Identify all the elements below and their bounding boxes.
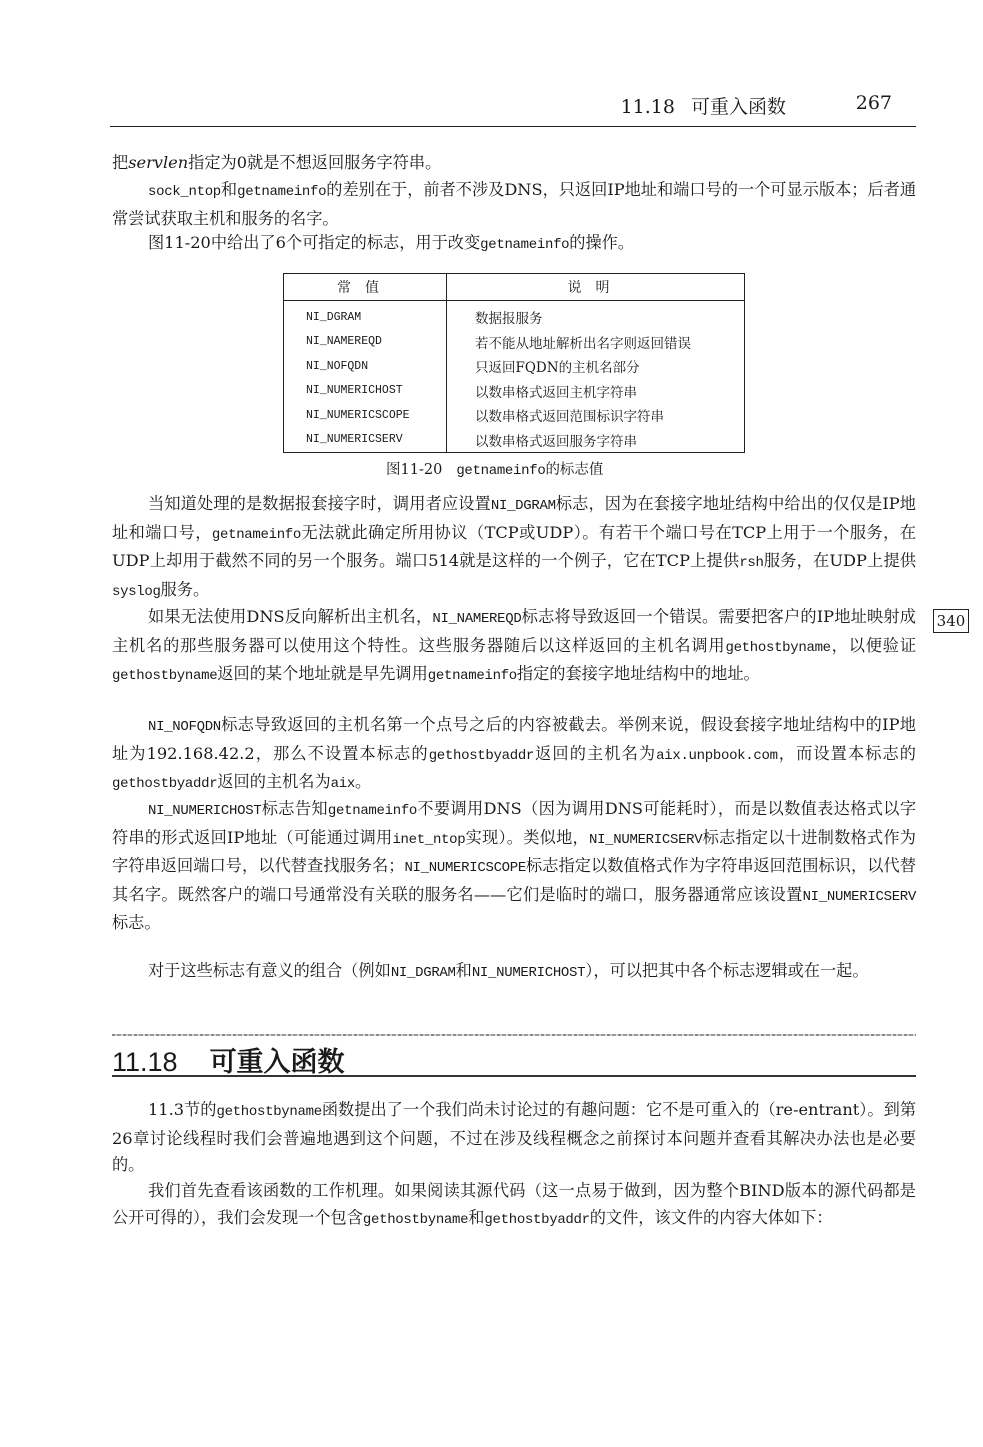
paragraph-reentrant-intro: 11.3节的gethostbyname函数提出了一个我们尚未讨论过的有趣问题：它… bbox=[112, 1097, 916, 1179]
table-row: NI_NUMERICSCOPE以数串格式返回范围标识字符串 bbox=[284, 403, 745, 428]
table-row: NI_NAMEREQD若不能从地址解析出名字则返回错误 bbox=[284, 330, 745, 355]
running-head-section-title: 可重入函数 bbox=[691, 96, 786, 118]
flags-table: 常值 说明 NI_DGRAM数据报服务 NI_NAMEREQD若不能从地址解析出… bbox=[283, 273, 745, 453]
section-heading: 11.18可重入函数 bbox=[112, 1040, 345, 1079]
paragraph-servlen: 把servlen指定为0就是不想返回服务字符串。 bbox=[112, 150, 916, 177]
paragraph-flag-combination: 对于这些标志有意义的组合（例如NI_DGRAM和NI_NUMERICHOST），… bbox=[112, 958, 916, 987]
paragraph-bind-source: 我们首先查看该函数的工作机理。如果阅读其源代码（这一点易于做到，因为整个BIND… bbox=[112, 1178, 916, 1233]
paragraph-ni-namereqd: 如果无法使用DNS反向解析出主机名，NI_NAMEREQD标志将导致返回一个错误… bbox=[112, 604, 916, 690]
paragraph-ni-dgram: 当知道处理的是数据报套接字时，调用者应设置NI_DGRAM标志，因为在套接字地址… bbox=[112, 491, 916, 605]
table-row: NI_NUMERICHOST以数串格式返回主机字符串 bbox=[284, 379, 745, 404]
paragraph-figure-ref: 图11-20中给出了6个可指定的标志，用于改变getnameinfo的操作。 bbox=[112, 230, 916, 259]
table-row: NI_NOFQDN只返回FQDN的主机名部分 bbox=[284, 354, 745, 379]
paragraph-ni-numerichost: NI_NUMERICHOST标志告知getnameinfo不要调用DNS（因为调… bbox=[112, 796, 916, 937]
svg-text:FDG: FDG bbox=[913, 1134, 983, 1206]
running-head-section: 11.18可重入函数 bbox=[605, 92, 786, 119]
margin-page-reference: 340 bbox=[933, 609, 969, 633]
running-head-section-number: 11.18 bbox=[621, 96, 675, 118]
table-header-row: 常值 说明 bbox=[284, 274, 745, 301]
page-number: 267 bbox=[856, 92, 892, 114]
section-divider-bottom bbox=[112, 1075, 916, 1077]
table-row: NI_DGRAM数据报服务 bbox=[284, 301, 745, 330]
section-heading-number: 11.18 bbox=[112, 1047, 178, 1077]
running-head: 11.18可重入函数 267 bbox=[110, 92, 916, 127]
section-divider-top bbox=[112, 1034, 916, 1036]
table-row: NI_NUMERICSERV以数串格式返回服务字符串 bbox=[284, 428, 745, 453]
column-header-constant: 常值 bbox=[284, 274, 447, 301]
paragraph-sock-ntop-diff: sock_ntop和getnameinfo的差别在于，前者不涉及DNS，只返回I… bbox=[112, 177, 916, 232]
paragraph-ni-nofqdn: NI_NOFQDN标志导致返回的主机名第一个点号之后的内容被截去。举例来说，假设… bbox=[112, 712, 916, 798]
column-header-description: 说明 bbox=[447, 274, 745, 301]
section-heading-title: 可重入函数 bbox=[210, 1047, 345, 1077]
table-caption: 图11-20getnameinfo的标志值 bbox=[386, 458, 603, 479]
